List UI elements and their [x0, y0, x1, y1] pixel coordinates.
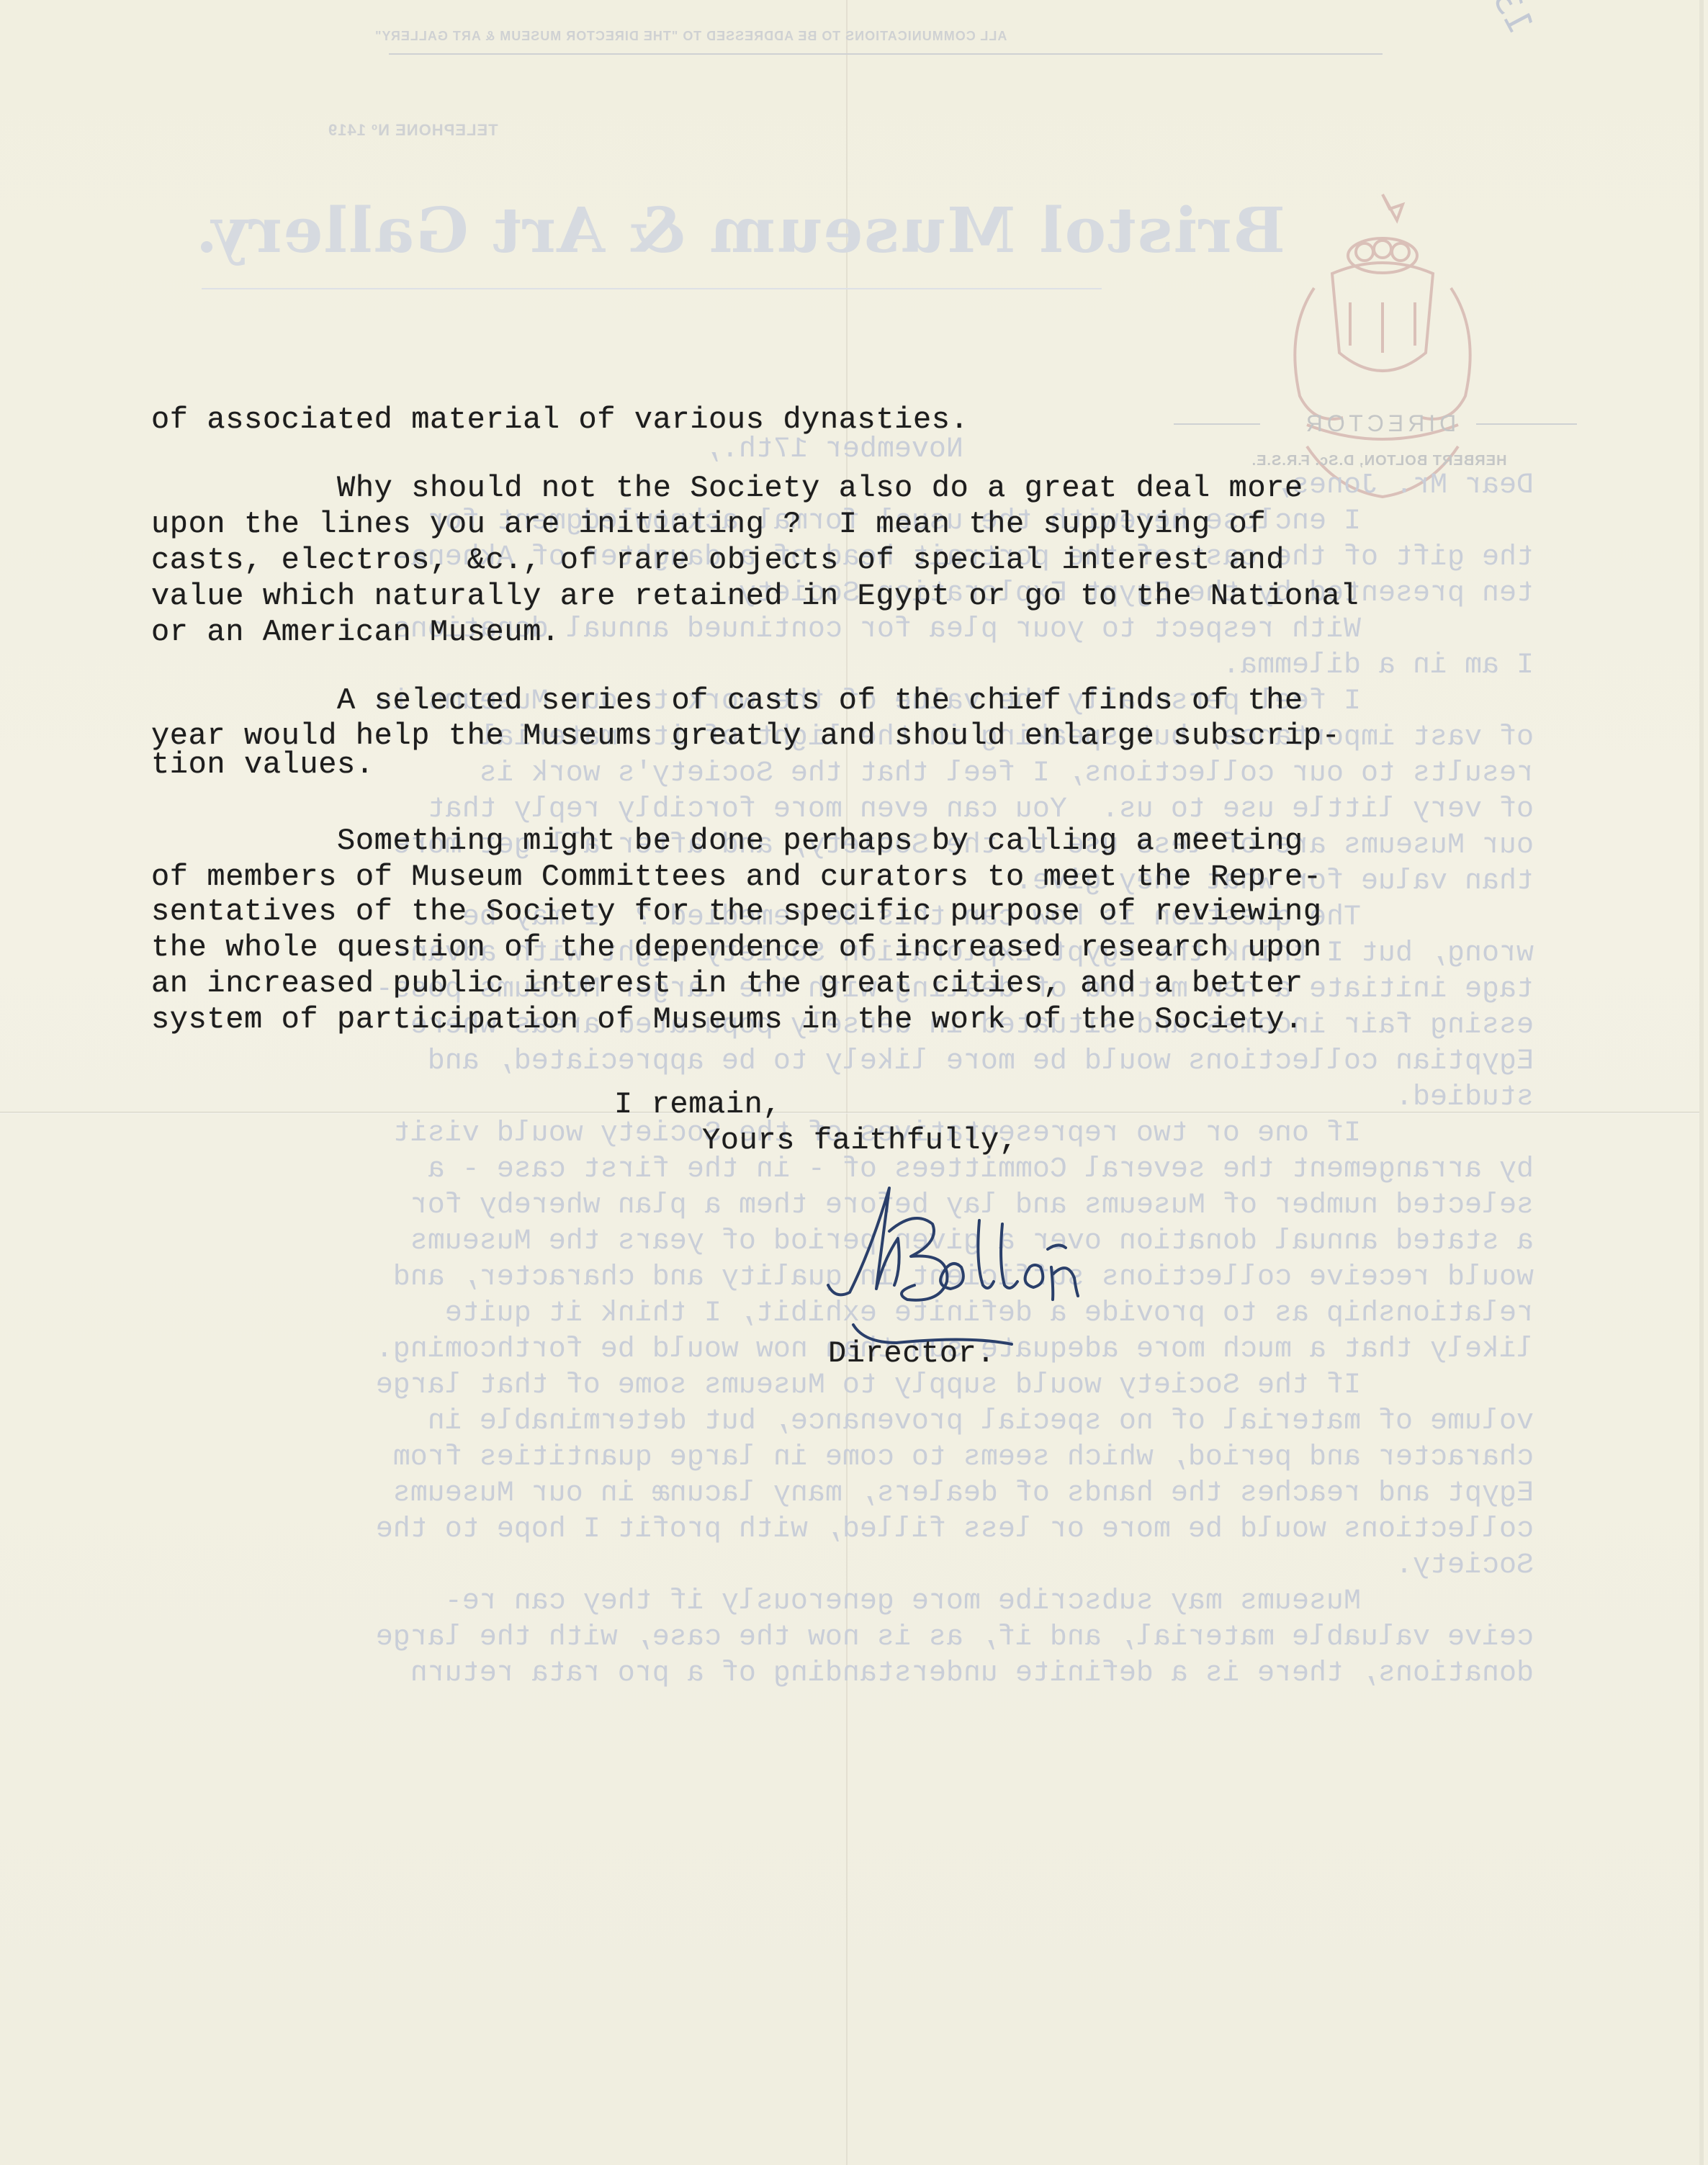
- archive-reference-number: 13566: [1454, 0, 1541, 40]
- letterhead-telephone-bleed: TELEPHONE Nº 1419: [328, 121, 498, 140]
- text-line: Something might be done perhaps by calli…: [151, 823, 1303, 859]
- text-line: system of participation of Museums in th…: [151, 1002, 1303, 1038]
- text-line: of members of Museum Committees and cura…: [151, 859, 1322, 895]
- signature-title: Director.: [828, 1336, 995, 1372]
- text-line: Why should not the Society also do a gre…: [151, 470, 1303, 506]
- text-line: sentatives of the Society for the specif…: [151, 894, 1322, 930]
- text-line: A selected series of casts of the chief …: [151, 683, 1303, 719]
- text-line: casts, electros, &c., of rare objects of…: [151, 542, 1285, 578]
- text-line: tion values.: [151, 747, 374, 783]
- letterhead-address-bleed: ALL COMMUNICATIONS TO BE ADDRESSED TO "T…: [374, 29, 1007, 44]
- handwritten-signature: [814, 1181, 1217, 1346]
- closing-remain: I remain,: [614, 1086, 781, 1122]
- letterhead-title-bleed: Bristol Museum & Art Gallery.: [194, 194, 1285, 267]
- text-line: or an American Museum.: [151, 614, 560, 650]
- director-rule-left: [1174, 423, 1260, 425]
- text-line: an increased public interest in the grea…: [151, 966, 1303, 1002]
- text-line: value which naturally are retained in Eg…: [151, 578, 1359, 614]
- director-rule-right: [1476, 423, 1577, 425]
- text-line: upon the lines you are initiating ? I me…: [151, 506, 1266, 542]
- letter-page: ALL COMMUNICATIONS TO BE ADDRESSED TO "T…: [0, 0, 1704, 2165]
- letterhead-rule: [389, 53, 1383, 55]
- text-line: the whole question of the dependence of …: [151, 930, 1322, 966]
- closing-yours-faithfully: Yours faithfully,: [702, 1122, 1018, 1158]
- text-line: of associated material of various dynast…: [151, 402, 968, 438]
- letterhead-title-rule: [202, 288, 1102, 289]
